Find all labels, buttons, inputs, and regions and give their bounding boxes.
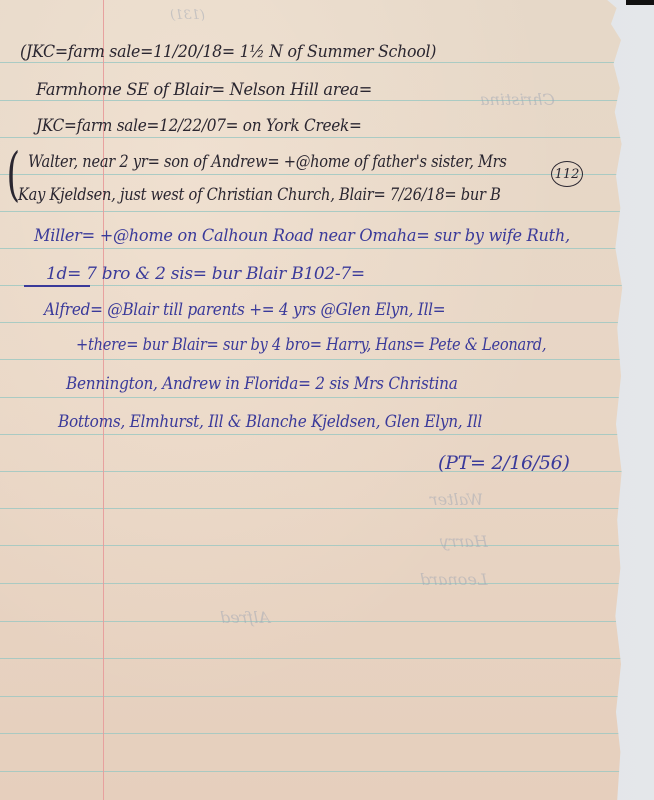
ruled-line (0, 174, 626, 175)
ruled-line (0, 211, 626, 212)
note-line: Miller= +@home on Calhoun Road near Omah… (34, 226, 570, 246)
underline-mark (24, 285, 90, 287)
ruled-line (0, 733, 626, 734)
bleed-through-text: Alfred (220, 608, 270, 627)
notebook-page: (131) Walter Harry Leonard Alfred Christ… (0, 0, 626, 800)
note-line: 1d= 7 bro & 2 sis= bur Blair B102-7= (46, 264, 365, 284)
page-number-circle: 112 (551, 161, 583, 187)
note-line: (JKC=farm sale=11/20/18= 1½ N of Summer … (20, 42, 436, 62)
ruled-line (0, 771, 626, 772)
ruled-line (0, 434, 626, 435)
ruled-line (0, 137, 626, 138)
ruled-line (0, 508, 626, 509)
note-line: Alfred= @Blair till parents += 4 yrs @Gl… (44, 300, 445, 320)
note-line: Farmhome SE of Blair= Nelson Hill area= (36, 80, 372, 100)
ruled-line (0, 621, 626, 622)
note-line: Walter, near 2 yr= son of Andrew= +@home… (28, 152, 507, 172)
ruled-line (0, 397, 626, 398)
bleed-through-text: Harry (440, 532, 488, 551)
note-line: +there= bur Blair= sur by 4 bro= Harry, … (76, 335, 546, 355)
note-line: Bottoms, Elmhurst, Ill & Blanche Kjeldse… (58, 412, 482, 432)
ruled-line (0, 62, 626, 63)
note-line: (PT= 2/16/56) (438, 452, 570, 474)
ruled-line (0, 322, 626, 323)
note-line: Kay Kjeldsen, just west of Christian Chu… (18, 185, 501, 205)
note-line: Bennington, Andrew in Florida= 2 sis Mrs… (66, 374, 458, 394)
bleed-through-text: (131) (170, 8, 205, 23)
ruled-line (0, 359, 626, 360)
ruled-line (0, 583, 626, 584)
ruled-line (0, 248, 626, 249)
bleed-through-text: Leonard (420, 570, 487, 589)
bleed-through-text: Christina (480, 90, 555, 109)
scan-corner (626, 0, 654, 5)
ruled-line (0, 658, 626, 659)
ruled-line (0, 285, 626, 286)
bleed-through-text: Walter (430, 490, 483, 509)
ruled-line (0, 545, 626, 546)
ruled-line (0, 696, 626, 697)
note-line: JKC=farm sale=12/22/07= on York Creek= (36, 116, 362, 136)
